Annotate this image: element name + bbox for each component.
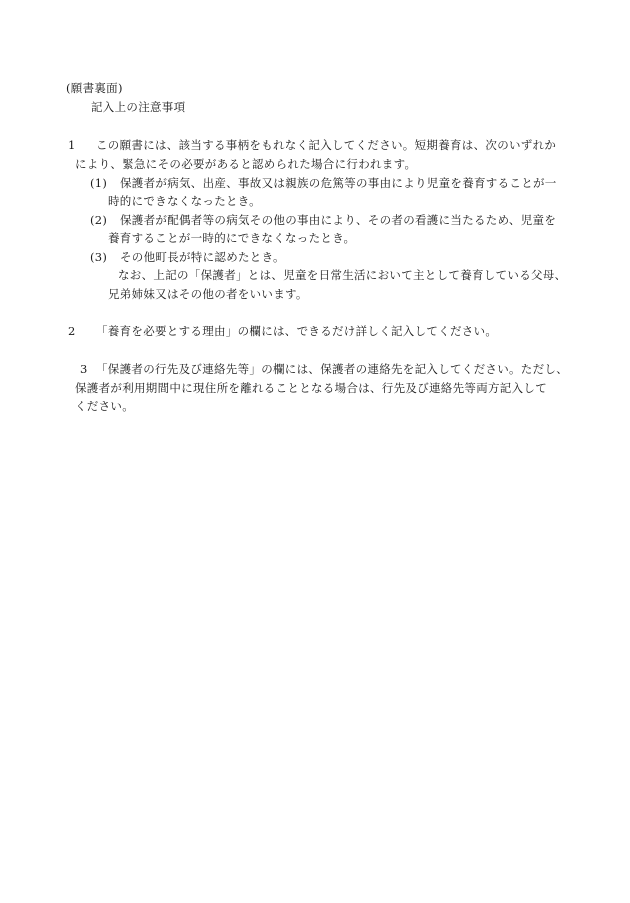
- section-text-line: ください。: [75, 399, 134, 413]
- section-text-line: 保護者が利用期間中に現住所を離れることとなる場合は、行先及び連絡先等両方記入して: [75, 381, 547, 395]
- item-marker: (3): [90, 250, 107, 264]
- section-number: 2: [68, 324, 76, 338]
- section-number: 3: [80, 362, 88, 376]
- header-note: (願書裏面): [66, 81, 123, 95]
- document-title: 記入上の注意事項: [91, 100, 185, 114]
- document-page: (願書裏面) 記入上の注意事項 1 この願書には、該当する事柄をもれなく記入して…: [0, 0, 630, 903]
- item-text-line: 保護者が配偶者等の病気その他の事由により、その者の看護に当たるため、児童を: [120, 213, 556, 227]
- section-number: 1: [68, 138, 76, 152]
- item-marker: (2): [90, 213, 107, 227]
- item-marker: (1): [90, 176, 107, 190]
- section-text-line: 「養育を必要とする理由」の欄には、できるだけ詳しく記入してください。: [96, 324, 497, 338]
- item-text-line: 養育することが一時的にできなくなったとき。: [108, 231, 355, 245]
- note-line: なお、上記の「保護者」とは、児童を日常生活において主として養育している父母、: [118, 268, 566, 282]
- item-text-line: 保護者が病気、出産、事故又は親族の危篤等の事由により児童を養育することが一: [120, 176, 557, 190]
- section-text-line: この願書には、該当する事柄をもれなく記入してください。短期養育は、次のいずれか: [96, 138, 556, 152]
- note-line: 兄弟姉妹又はその他の者をいいます。: [108, 287, 308, 301]
- item-text-line: その他町長が特に認めたとき。: [120, 250, 285, 264]
- section-text-line: 「保護者の行先及び連絡先等」の欄には、保護者の連絡先を記入してください。ただし、: [96, 362, 568, 376]
- section-text-line: により、緊急にその必要があると認められた場合に行われます。: [75, 157, 416, 171]
- item-text-line: 時的にできなくなったとき。: [108, 194, 261, 208]
